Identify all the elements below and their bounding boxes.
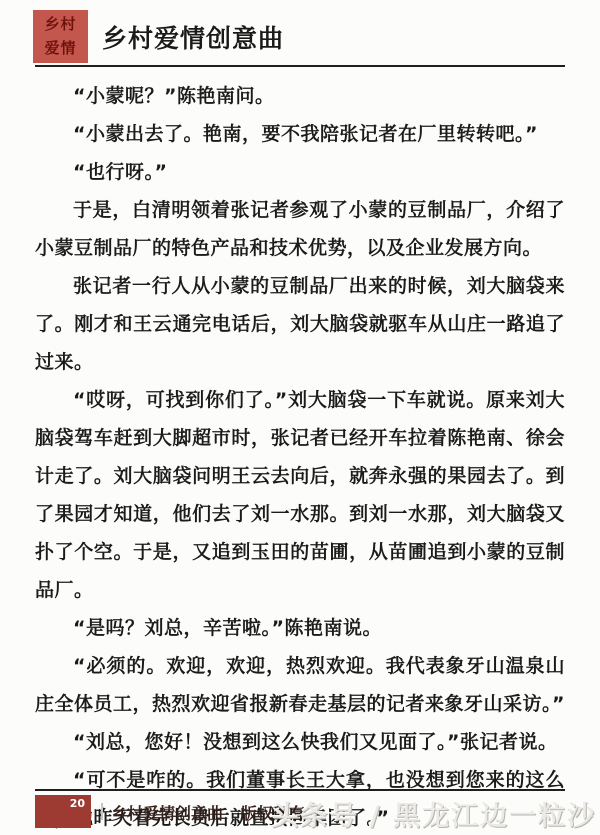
paragraph: “必须的。欢迎，欢迎，热烈欢迎。我代表象牙山温泉山庄全体员工，热烈欢迎省报新春走… bbox=[35, 647, 565, 723]
paragraph: 张记者一行人从小蒙的豆制品厂出来的时候，刘大脑袋来了。刚才和王云通完电话后，刘大… bbox=[35, 267, 565, 381]
article-body: “小蒙呢？”陈艳南问。 “小蒙出去了。艳南，要不我陪张记者在厂里转转吧。” “也… bbox=[35, 77, 565, 835]
footer-separator bbox=[101, 803, 103, 820]
footer-book-title: 乡村爱情创意曲 bbox=[111, 804, 223, 823]
book-page: 乡村 爱情 乡村爱情创意曲 “小蒙呢？”陈艳南问。 “小蒙出去了。艳南，要不我陪… bbox=[0, 0, 600, 835]
paragraph: “哎呀，可找到你们了。”刘大脑袋一下车就说。原来刘大脑袋驾车赶到大脚超市时，张记… bbox=[35, 381, 565, 609]
paragraph: “小蒙呢？”陈艳南问。 bbox=[35, 77, 565, 115]
watermark: 头条号 / 黑龙江边一粒沙 bbox=[271, 794, 596, 833]
page-number: 20 bbox=[70, 797, 85, 810]
logo-text-line2: 爱情 bbox=[44, 37, 76, 60]
paragraph: “小蒙出去了。艳南，要不我陪张记者在厂里转转吧。” bbox=[35, 115, 565, 153]
page-title: 乡村爱情创意曲 bbox=[102, 19, 284, 55]
logo-text-line1: 乡村 bbox=[44, 13, 76, 36]
page-number-badge: 20 bbox=[35, 795, 91, 828]
header-divider bbox=[35, 65, 565, 67]
paragraph: “也行呀。” bbox=[35, 153, 565, 191]
paragraph: “是吗？刘总，辛苦啦。”陈艳南说。 bbox=[35, 609, 565, 647]
page-header: 乡村 爱情 乡村爱情创意曲 bbox=[33, 10, 565, 63]
page-footer: 20 乡村爱情创意曲版权所有 头条号 / 黑龙江边一粒沙 bbox=[35, 793, 596, 833]
paragraph: “刘总，您好！没想到这么快我们又见面了。”张记者说。 bbox=[35, 723, 565, 761]
footer-divider bbox=[35, 789, 565, 791]
paragraph: 于是，白清明领着张记者参观了小蒙的豆制品厂，介绍了小蒙豆制品厂的特色产品和技术优… bbox=[35, 191, 565, 267]
series-logo: 乡村 爱情 bbox=[33, 10, 88, 63]
